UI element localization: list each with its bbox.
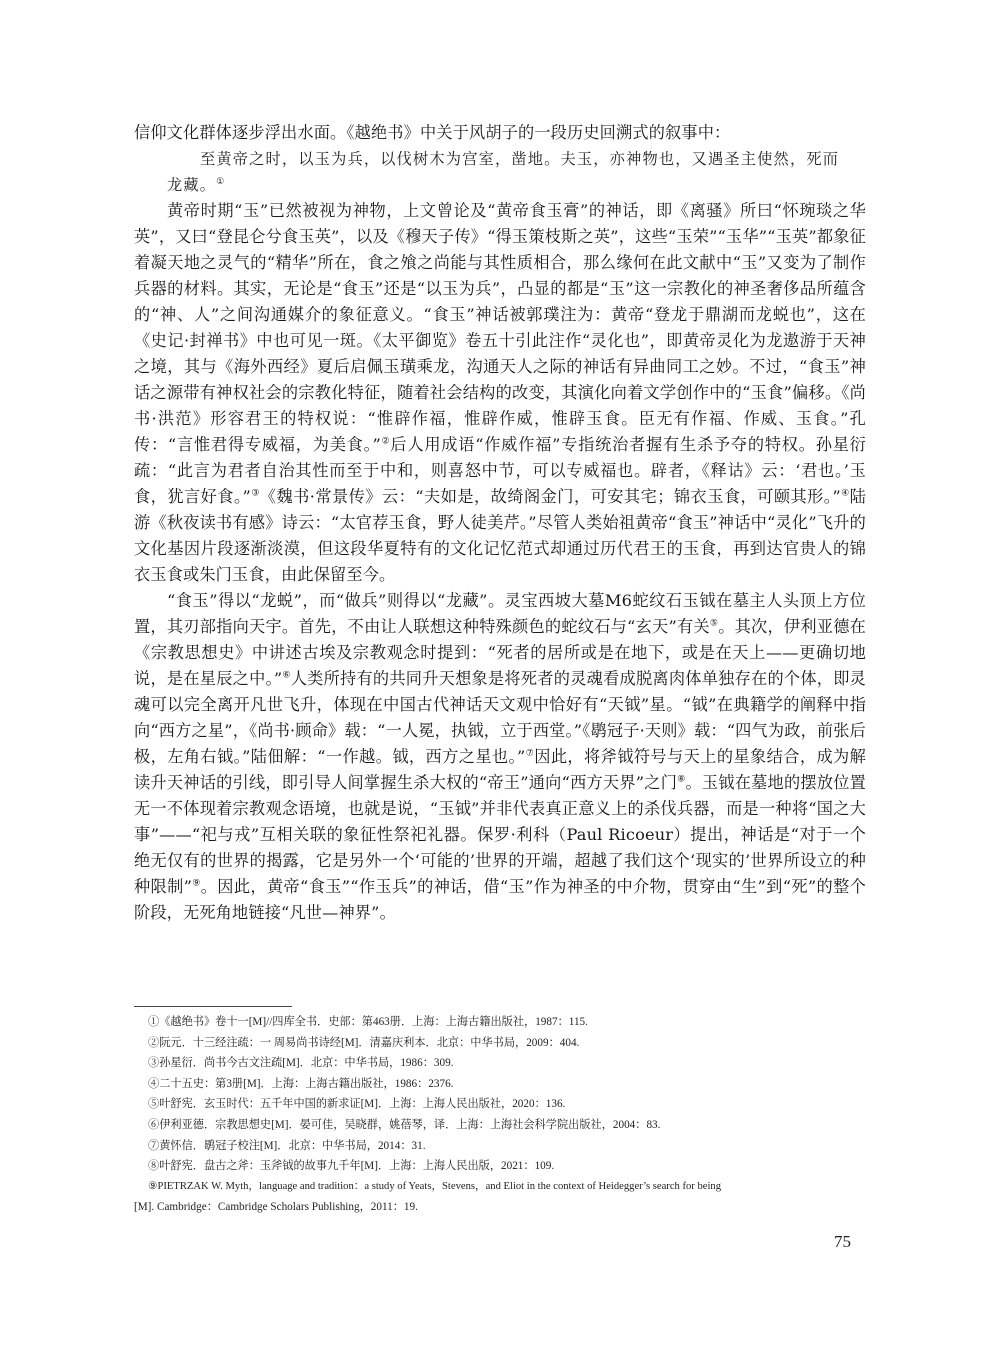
footnote-ref-3[interactable]: ③ — [251, 489, 260, 499]
footnote-ref-7[interactable]: ⑦ — [525, 749, 534, 759]
footnote-4: ④二十五史：第3册[M]．上海：上海古籍出版社，1986：2376. — [134, 1074, 866, 1095]
paragraph-1: 黄帝时期“玉”已然被视为神物，上文曾论及“黄帝食玉膏”的神话，即《离骚》所曰“怀… — [134, 198, 866, 588]
footnote-ref-2[interactable]: ② — [381, 437, 390, 447]
paragraph-2-seg6: 。因此，黄帝“食玉”“作玉兵”的神话，借“玉”作为神圣的中介物，贯穿由“生”到“… — [134, 877, 866, 922]
footnote-5: ⑤叶舒宪．玄玉时代：五千年中国的新求证[M]．上海：上海人民出版社，2020：1… — [134, 1094, 866, 1115]
footnote-9-continued: [M]. Cambridge：Cambridge Scholars Publis… — [134, 1197, 866, 1218]
paragraph-intro: 信仰文化群体逐步浮出水面。《越绝书》中关于风胡子的一段历史回溯式的叙事中： — [134, 120, 866, 146]
quote-line-1: 至黄帝之时，以玉为兵，以伐树木为宫室，凿地。夫玉，亦神物也，又遇圣主使然，死而 — [200, 150, 839, 168]
paragraph-1-seg1: 黄帝时期“玉”已然被视为神物，上文曾论及“黄帝食玉膏”的神话，即《离骚》所曰“怀… — [134, 201, 866, 454]
footnote-6: ⑥伊利亚德．宗教思想史[M]．晏可佳，吴晓群，姚蓓琴，译．上海：上海社会科学院出… — [134, 1115, 866, 1136]
footnote-9: ⑨PIETRZAK W. Myth，language and tradition… — [134, 1177, 866, 1198]
footnote-1: ①《越绝书》卷十一[M]//四库全书．史部：第463册．上海：上海古籍出版社，1… — [134, 1012, 866, 1033]
footnote-ref-5[interactable]: ⑤ — [710, 619, 718, 629]
footnote-ref-9[interactable]: ⑨ — [192, 879, 201, 889]
block-quote-cont: 龙藏。① — [134, 172, 866, 198]
footnote-ref-6[interactable]: ⑥ — [282, 671, 290, 681]
page-body: 信仰文化群体逐步浮出水面。《越绝书》中关于风胡子的一段历史回溯式的叙事中： 至黄… — [134, 120, 866, 926]
page-number: 75 — [834, 1232, 851, 1252]
footnote-ref-4[interactable]: ④ — [841, 489, 850, 499]
paragraph-1-seg3: 《魏书·常景传》云：“夫如是，故绮阁金门，可安其宅；锦衣玉食，可颐其形。” — [260, 487, 841, 506]
quote-line-2: 龙藏。 — [167, 176, 216, 194]
footnote-divider — [134, 1006, 292, 1007]
footnote-3: ③孙星衍．尚书今古文注疏[M]．北京：中华书局，1986：309. — [134, 1053, 866, 1074]
footnote-2: ②阮元．十三经注疏：一 周易尚书诗经[M]．清嘉庆利本．北京：中华书局，2009… — [134, 1033, 866, 1054]
paragraph-2: “食玉”得以“龙蜕”，而“做兵”则得以“龙藏”。灵宝西坡大墓M6蛇纹石玉钺在墓主… — [134, 588, 866, 926]
footnote-7: ⑦黄怀信．鹖冠子校注[M]．北京：中华书局，2014：31. — [134, 1136, 866, 1157]
footnote-ref-1[interactable]: ① — [216, 177, 225, 187]
block-quote: 至黄帝之时，以玉为兵，以伐树木为宫室，凿地。夫玉，亦神物也，又遇圣主使然，死而 — [134, 146, 866, 172]
footnote-8: ⑧叶舒宪．盘古之斧：玉斧钺的故事九千年[M]．上海：上海人民出版，2021：10… — [134, 1156, 866, 1177]
footnotes: ①《越绝书》卷十一[M]//四库全书．史部：第463册．上海：上海古籍出版社，1… — [134, 1012, 866, 1218]
